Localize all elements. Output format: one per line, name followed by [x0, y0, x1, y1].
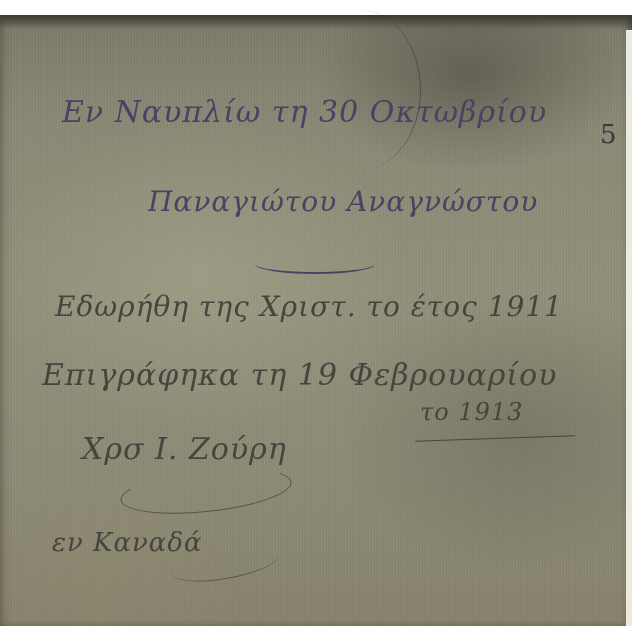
stretcher-right-edge: [626, 30, 632, 626]
inscription-line-signature: Χρσ Ι. Ζούρη: [82, 432, 287, 467]
inscription-line-donation-year: Εδωρήθη της Χριστ. το έτος 1911: [55, 290, 563, 323]
inscription-line-location: εν Καναδά: [52, 528, 203, 558]
pencil-arc-mark: [300, 10, 421, 170]
inscription-line-place-date: Εν Ναυπλίω τη 30 Οκτωβρίου: [62, 95, 547, 130]
inscription-line-artist-name: Παναγιώτου Αναγνώστου: [148, 185, 538, 218]
inscription-line-date-february: Επιγράφηκα τη 19 Φεβρουαρίου: [42, 358, 557, 393]
inscription-number-mark: 5: [600, 120, 618, 150]
inscription-line-year-1913: το 1913: [420, 398, 523, 426]
